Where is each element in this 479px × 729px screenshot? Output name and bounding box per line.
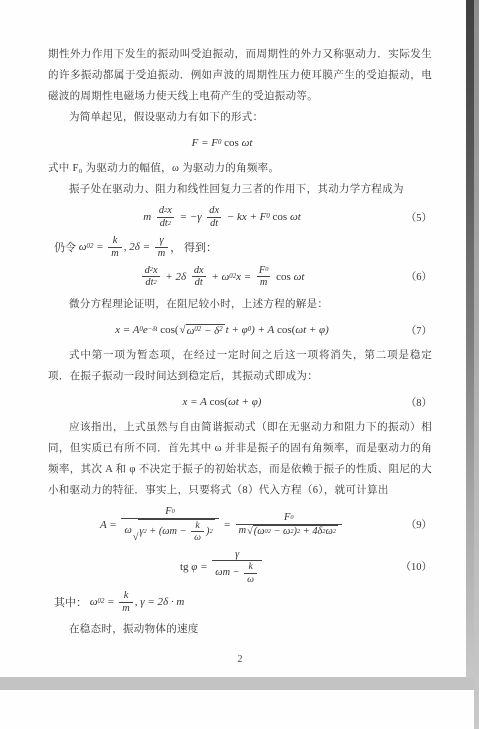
paragraph-dynamics-equation-intro: 振子处在驱动力、阻力和线性回复力三者的作用下，其动力学方程成为: [48, 179, 432, 200]
page-gap: [0, 677, 474, 690]
document-viewer: 期性外力作用下发生的振动叫受迫振动，而周期性的外力又称驱动力．实际发生的许多振动…: [0, 0, 479, 729]
equation-5: m d2xdt2 = −γ dxdt − kx + F0 cos ωt （5）: [48, 205, 432, 230]
paragraph-steady-state-velocity: 在稳态时，振动物体的速度: [48, 619, 432, 640]
viewer-background-strip: [474, 0, 479, 729]
equation-5-body: m d2xdt2 = −γ dxdt − kx + F0 cos ωt: [48, 205, 396, 230]
equation-9-number: （9）: [396, 517, 432, 532]
paragraph-solution-intro: 微分方程理论证明，在阻尼较小时，上述方程的解是：: [48, 294, 432, 315]
equation-5-number: （5）: [396, 210, 432, 225]
paragraph-driving-force-form: 为简单起见，假设驱动力有如下的形式：: [48, 107, 432, 128]
equation-7-number: （7）: [396, 323, 432, 338]
equation-8-body: x = A cos(ωt + φ): [48, 396, 396, 408]
paragraph-symbol-definition: 式中 F₀ 为驱动力的幅值，ω 为驱动力的角频率。: [48, 158, 432, 179]
equation-9-body: A = F0ω√γ2 + (ωm − kω)2 = F0m√(ω02 − ω2)…: [48, 506, 396, 543]
equation-7: x = A0e−δt cos(√ω02 − δ2t + φ0) + A cos(…: [48, 320, 432, 340]
equation-driving-force-body: F = F0 cos ωt: [48, 137, 396, 149]
substitution-definitions-line: 仍令 ω02 = km, 2δ = γm， 得到：: [48, 235, 432, 260]
equation-6: d2xdt2 + 2δ dxdt + ω02x = F0m cos ωt （6）: [48, 265, 432, 290]
scanned-page-2: 期性外力作用下发生的振动叫受迫振动，而周期性的外力又称驱动力．实际发生的许多振动…: [0, 0, 466, 677]
page-number: 2: [48, 654, 432, 665]
equation-6-body: d2xdt2 + 2δ dxdt + ω02x = F0m cos ωt: [48, 265, 396, 290]
equation-7-body: x = A0e−δt cos(√ω02 − δ2t + φ0) + A cos(…: [48, 324, 396, 337]
equation-10-number: （10）: [396, 559, 432, 574]
equation-10-body: tg φ = γωm − kω: [48, 549, 396, 585]
where-definitions-line: 其中： ω02 = km, γ = 2δ · m: [48, 590, 432, 615]
equation-8: x = A cos(ωt + φ) （8）: [48, 392, 432, 412]
scan-edge-shadow: [466, 0, 474, 677]
paragraph-difference-explanation: 应该指出，上式虽然与自由简谐振动式（即在无驱动力和阻力下的振动）相同，但实质已有…: [48, 417, 432, 501]
equation-9: A = F0ω√γ2 + (ωm − kω)2 = F0m√(ω02 − ω2)…: [48, 506, 432, 543]
page-content: 期性外力作用下发生的振动叫受迫振动，而周期性的外力又称驱动力．实际发生的许多振动…: [48, 44, 432, 665]
equation-10: tg φ = γωm − kω （10）: [48, 549, 432, 585]
equation-8-number: （8）: [396, 395, 432, 410]
scanned-page-3-top: [0, 690, 474, 729]
equation-driving-force: F = F0 cos ωt: [48, 133, 432, 153]
equation-6-number: （6）: [396, 269, 432, 284]
paragraph-transient-steady: 式中第一项为暂态项，在经过一定时间之后这一项将消失，第二项是稳定项．在振子振动一…: [48, 345, 432, 387]
paragraph-forced-vibration-intro: 期性外力作用下发生的振动叫受迫振动，而周期性的外力又称驱动力．实际发生的许多振动…: [48, 44, 432, 107]
